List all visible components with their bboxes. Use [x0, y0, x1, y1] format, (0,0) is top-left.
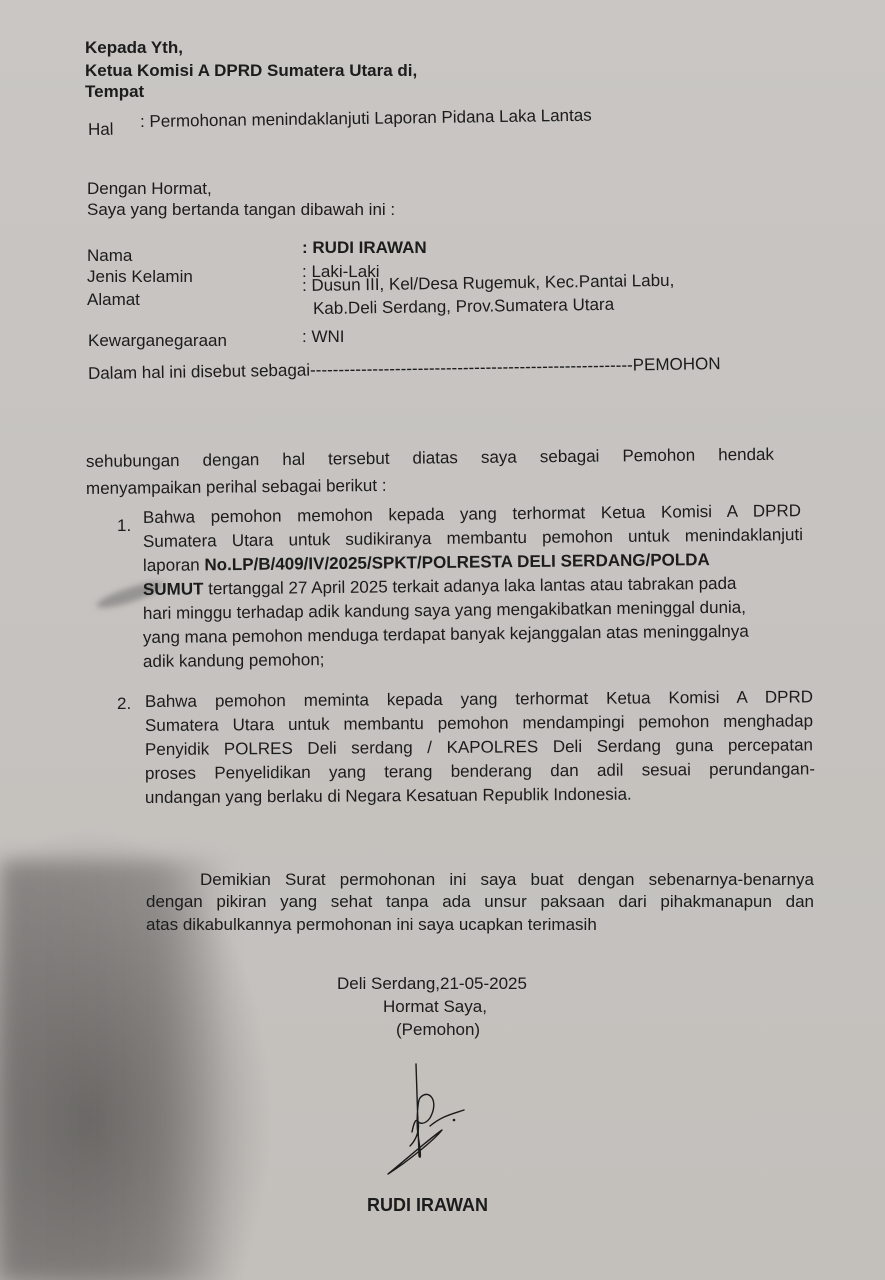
report-number: No.LP/B/409/IV/2025/SPKT/POLRESTA DELI S… [204, 550, 710, 574]
item-line: undangan yang berlaku di Negara Kesatuan… [145, 783, 632, 810]
item-line: adik kandung pemohon; [143, 648, 325, 674]
designation-value: PEMOHON [633, 354, 721, 374]
item-number: 2. [117, 692, 131, 716]
field-label-address: Alamat [87, 290, 140, 310]
handwritten-signature-icon [380, 1060, 480, 1180]
field-label-name: Nama [87, 246, 132, 266]
closing-line: atas dikabulkannya permohonan ini saya u… [146, 913, 597, 937]
closing-line: Demikian Surat permohonan ini saya buat … [200, 868, 814, 892]
field-label-citizenship: Kewarganegaraan [88, 331, 227, 351]
designation-prefix: Dalam hal ini disebut sebagai [88, 361, 310, 383]
report-number-cont: SUMUT [143, 579, 204, 599]
connector-line-2: menyampaikan perihal sebagai berikut : [86, 474, 387, 501]
designation-dashes: ----------------------------------------… [310, 355, 633, 379]
field-value-address-2: Kab.Deli Serdang, Prov.Sumatera Utara [313, 295, 614, 319]
item-text: laporan [143, 555, 205, 575]
intro-text: Saya yang bertanda tangan dibawah ini : [87, 198, 395, 222]
item-number: 1. [117, 514, 131, 538]
address-line-3: Tempat [85, 80, 144, 104]
subject-label: Hal [88, 118, 114, 142]
address-line-1: Kepada Yth, [85, 36, 183, 60]
field-value-citizenship: : WNI [302, 327, 345, 347]
signer-role: (Pemohon) [396, 1018, 480, 1042]
field-label-gender: Jenis Kelamin [87, 267, 193, 287]
item-line: proses Penyelidikan yang terang benderan… [145, 757, 815, 786]
item-text: tertanggal 27 April 2025 terkait adanya … [203, 574, 736, 599]
regards: Hormat Saya, [383, 995, 487, 1019]
signer-name: RUDI IRAWAN [367, 1193, 488, 1217]
closing-line: dengan pikiran yang sehat tanpa ada unsu… [146, 890, 814, 914]
place-date: Deli Serdang,21-05-2025 [337, 972, 527, 996]
field-value-name: : RUDI IRAWAN [302, 238, 427, 258]
